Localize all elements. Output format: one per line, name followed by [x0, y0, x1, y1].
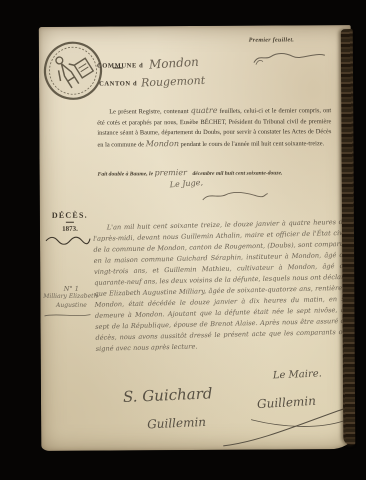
certification-part1: Fait double à Baume, le — [98, 171, 154, 177]
folio-label: Premier feuillet. — [249, 37, 294, 43]
margin-act-note: N° 1 Milliary Elizabeth- Augustine — [42, 285, 100, 320]
margin-section: DÉCÈS. 1873. — [44, 211, 96, 245]
commune-divider — [113, 67, 123, 68]
judge-signature-mark — [200, 189, 270, 205]
certification-line: Fait double à Baume, le premier décembre… — [98, 167, 338, 177]
signature-guichard: S. Guichard — [123, 384, 213, 406]
register-commune-value: Mondon — [146, 139, 179, 148]
section-title: DÉCÈS. — [44, 211, 96, 220]
deceased-name-line2: Augustine — [42, 301, 100, 310]
register-statement-part1: Le présent Registre, contenant — [109, 108, 188, 115]
death-act-text: L'an mil huit cent soixante treize, le d… — [93, 217, 350, 355]
book-binding-edge — [341, 29, 356, 445]
commune-value: Mondon — [149, 55, 200, 72]
section-divider — [66, 222, 74, 223]
signature-flourish — [221, 407, 347, 448]
canton-row: CANTON dRougemont — [99, 72, 205, 91]
margin-note-flourish — [42, 312, 100, 320]
certification-part2: décembre mil huit cent soixante-douze. — [192, 170, 282, 177]
commune-label: COMMUNE d — [97, 62, 143, 69]
photo-background: Premier feuillet. COMMUNE dMondon CANTON… — [0, 0, 366, 480]
mayor-closing: Le Maire. — [273, 368, 322, 381]
certification-day-value: premier — [154, 168, 186, 177]
judge-title: Le Juge, — [169, 178, 203, 190]
register-page: Premier feuillet. COMMUNE dMondon CANTON… — [39, 25, 354, 451]
signature-guillemin-2: Guillemin — [147, 415, 206, 431]
section-year: 1873. — [44, 225, 96, 233]
folio-count-value: quatre — [191, 106, 218, 115]
commune-row: COMMUNE dMondon — [97, 54, 199, 73]
canton-label: CANTON d — [99, 80, 137, 87]
deceased-name-line1: Milliary Elizabeth- — [42, 293, 100, 302]
section-flourish — [44, 235, 96, 245]
register-statement-part3: pendant le cours de l'année mil huit cen… — [181, 140, 325, 148]
clerk-signature-mark — [251, 47, 329, 67]
register-statement: Le présent Registre, contenant quatre fe… — [97, 105, 331, 151]
canton-value: Rougemont — [141, 74, 206, 90]
